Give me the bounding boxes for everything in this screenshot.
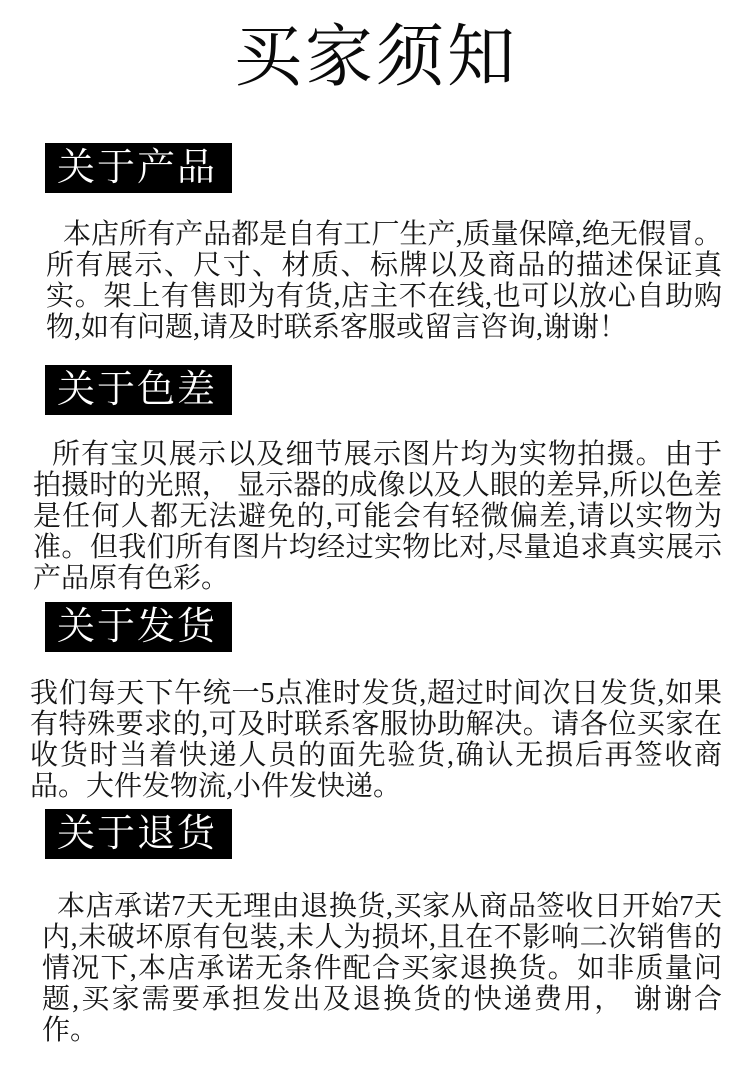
section-body-returns: 本店承诺7天无理由退换货,买家从商品签收日开始7天内,未破坏原有包装,未人为损坏… <box>42 891 722 1046</box>
section-shipping: 关于发货 我们每天下午统一5点准时发货,超过时间次日发货,如果有特殊要求的,可及… <box>30 594 722 802</box>
section-color-difference: 关于色差 所有宝贝展示以及细节展示图片均为实物拍摄。由于拍摄时的光照， 显示器的… <box>30 343 722 594</box>
section-body-color-difference: 所有宝贝展示以及细节展示图片均为实物拍摄。由于拍摄时的光照， 显示器的成像以及人… <box>33 439 722 594</box>
section-returns: 关于退货 本店承诺7天无理由退换货,买家从商品签收日开始7天内,未破坏原有包装,… <box>30 802 722 1046</box>
section-product: 关于产品 本店所有产品都是自有工厂生产,质量保障,绝无假冒。所有展示、尺寸、材质… <box>30 100 722 343</box>
section-heading-shipping: 关于发货 <box>45 602 232 652</box>
section-body-shipping: 我们每天下午统一5点准时发货,超过时间次日发货,如果有特殊要求的,可及时联系客服… <box>30 678 722 802</box>
page-title: 买家须知 <box>30 14 722 100</box>
section-body-product: 本店所有产品都是自有工厂生产,质量保障,绝无假冒。所有展示、尺寸、材质、标牌以及… <box>46 219 722 343</box>
section-heading-color-difference: 关于色差 <box>45 365 232 415</box>
section-heading-returns: 关于退货 <box>45 809 232 859</box>
section-heading-product: 关于产品 <box>45 143 232 193</box>
